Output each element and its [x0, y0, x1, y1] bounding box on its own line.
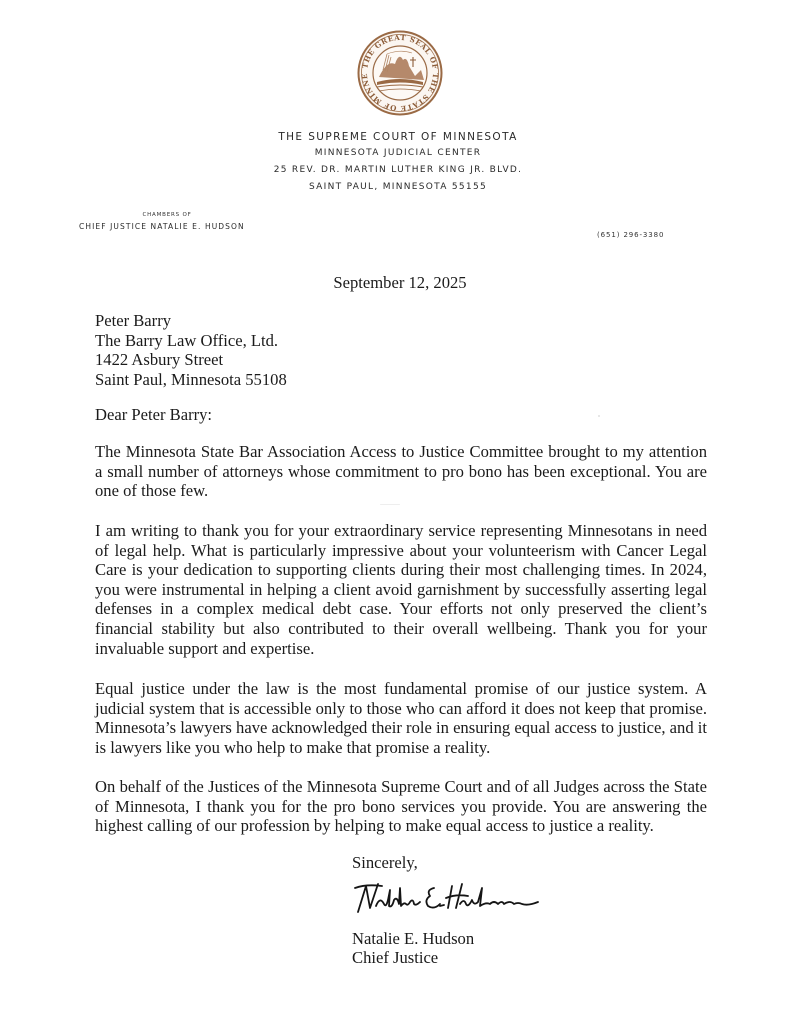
paragraph-1: The Minnesota State Bar Association Acce…	[95, 442, 707, 501]
state-seal: THE GREAT SEAL OF THE STATE OF MINNESOTA…	[357, 30, 443, 116]
salutation: Dear Peter Barry:	[95, 405, 212, 425]
city-address: SAINT PAUL, MINNESOTA 55155	[0, 182, 796, 192]
signer-name: Natalie E. Hudson	[352, 929, 474, 949]
court-name: THE SUPREME COURT OF MINNESOTA	[0, 131, 796, 143]
chambers-label: CHAMBERS OF	[77, 212, 257, 218]
closing: Sincerely,	[352, 853, 418, 873]
paragraph-3: Equal justice under the law is the most …	[95, 679, 707, 757]
handwritten-signature-icon	[352, 878, 552, 922]
building-name: MINNESOTA JUDICIAL CENTER	[0, 148, 796, 158]
scan-speck	[380, 504, 400, 505]
scan-speck	[598, 415, 600, 417]
paragraph-4: On behalf of the Justices of the Minneso…	[95, 777, 707, 836]
signer-title: Chief Justice	[352, 948, 438, 968]
chambers-chief-justice: CHIEF JUSTICE NATALIE E. HUDSON	[79, 222, 245, 231]
recipient-name: Peter Barry	[95, 311, 695, 331]
street-address: 25 REV. DR. MARTIN LUTHER KING JR. BLVD.	[0, 165, 796, 175]
recipient-address: Peter Barry The Barry Law Office, Ltd. 1…	[95, 311, 695, 389]
letter-date: September 12, 2025	[0, 273, 796, 293]
signature	[352, 878, 552, 922]
paragraph-2: I am writing to thank you for your extra…	[95, 521, 707, 658]
great-seal-of-minnesota-icon: THE GREAT SEAL OF THE STATE OF MINNESOTA…	[357, 30, 443, 116]
recipient-city: Saint Paul, Minnesota 55108	[95, 370, 695, 390]
phone-number: (651) 296-3380	[597, 231, 664, 239]
recipient-firm: The Barry Law Office, Ltd.	[95, 331, 695, 351]
recipient-street: 1422 Asbury Street	[95, 350, 695, 370]
